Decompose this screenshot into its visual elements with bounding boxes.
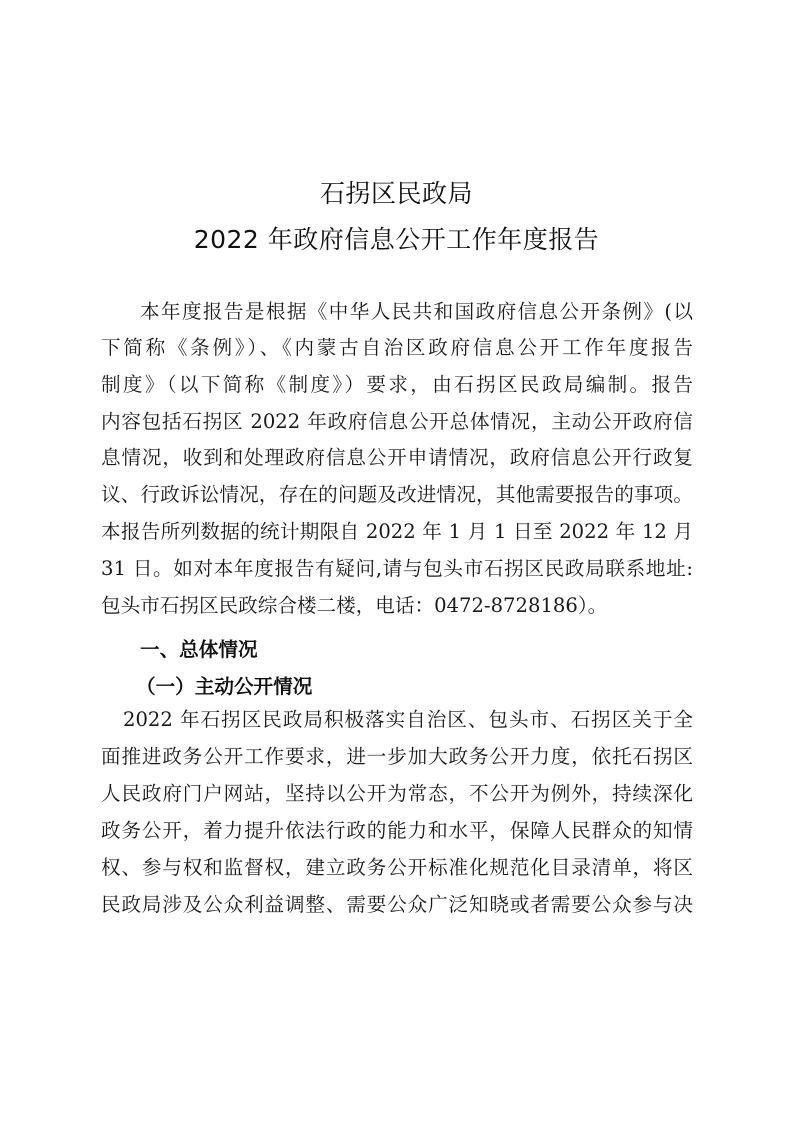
document-page: 石拐区民政局 2022 年政府信息公开工作年度报告 本年度报告是根据《中华人民共… xyxy=(0,0,793,1122)
body-paragraph-line: 人民政府门户网站，坚持以公开为常态，不公开为例外，持续深化 xyxy=(101,782,693,806)
body-paragraph-line: 权、参与权和监督权，建立政务公开标准化规范化目录清单，将区 xyxy=(101,856,693,880)
document-title-report: 2022 年政府信息公开工作年度报告 xyxy=(0,220,793,256)
intro-paragraph-line: 本年度报告是根据《中华人民共和国政府信息公开条例》(以 xyxy=(140,300,693,324)
intro-paragraph-line: 本报告所列数据的统计期限自 2022 年 1 月 1 日至 2022 年 12 … xyxy=(101,520,693,544)
intro-paragraph-line: 下简称《条例》）、《内蒙古自治区政府信息公开工作年度报告 xyxy=(101,336,693,360)
body-paragraph-line: 2022 年石拐区民政局积极落实自治区、包头市、石拐区关于全 xyxy=(123,708,693,732)
intro-paragraph-line: 31 日。如对本年度报告有疑问,请与包头市石拐区民政局联系地址: xyxy=(101,557,693,581)
document-title-agency: 石拐区民政局 xyxy=(0,174,793,210)
intro-paragraph-line: 制度》（以下简称《制度》）要求，由石拐区民政局编制。报告 xyxy=(101,373,693,397)
body-paragraph-line: 面推进政务公开工作要求，进一步加大政务公开力度，依托石拐区 xyxy=(101,745,693,769)
intro-paragraph-line: 息情况，收到和处理政府信息公开申请情况，政府信息公开行政复 xyxy=(101,446,693,470)
body-paragraph-line: 政务公开，着力提升依法行政的能力和水平，保障人民群众的知情 xyxy=(101,819,693,843)
subsection-heading-proactive-disclosure: （一）主动公开情况 xyxy=(136,670,312,699)
intro-paragraph-line: 议、行政诉讼情况，存在的问题及改进情况，其他需要报告的事项。 xyxy=(101,483,693,507)
body-paragraph-line: 民政局涉及公众利益调整、需要公众广泛知晓或者需要公众参与决 xyxy=(101,893,693,917)
intro-paragraph-line: 包头市石拐区民政综合楼二楼，电话：0472-8728186）。 xyxy=(101,594,693,618)
section-heading-overall: 一、总体情况 xyxy=(140,633,258,662)
intro-paragraph-line: 内容包括石拐区 2022 年政府信息公开总体情况，主动公开政府信 xyxy=(101,410,693,434)
